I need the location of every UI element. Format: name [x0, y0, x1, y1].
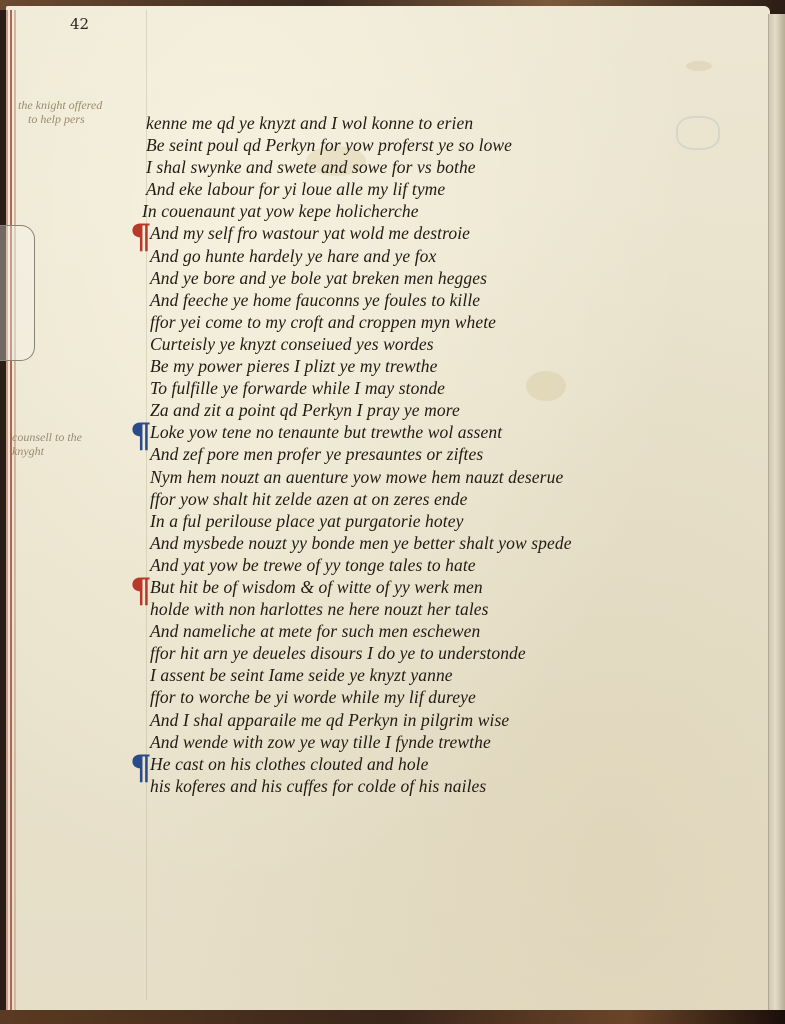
gutter-binding [6, 10, 18, 1014]
manuscript-line: ffor to worche be yi worde while my lif … [150, 686, 750, 708]
margin-note: counsell to the knyght [12, 430, 82, 458]
manuscript-line: holde with non harlottes ne here nouzt h… [150, 598, 750, 620]
margin-note-line: knyght [12, 444, 82, 458]
stain [686, 61, 712, 71]
page-clip [0, 225, 35, 361]
line-text: I shal swynke and swete and sowe for vs … [146, 157, 476, 177]
manuscript-line: ffor yow shalt hit zelde azen at on zere… [150, 488, 750, 510]
manuscript-line: And nameliche at mete for such men esche… [150, 620, 750, 642]
manuscript-line: ¶Loke yow tene no tenaunte but trewthe w… [150, 421, 750, 443]
line-text: kenne me qd ye knyzt and I wol konne to … [146, 113, 473, 133]
manuscript-line: ffor yei come to my croft and croppen my… [150, 311, 750, 333]
line-text: And zef pore men profer ye presauntes or… [150, 444, 483, 464]
manuscript-line: And yat yow be trewe of yy tonge tales t… [150, 554, 750, 576]
book-bottom-edge [0, 1010, 785, 1024]
manuscript-line: ¶And my self fro wastour yat wold me des… [150, 222, 750, 244]
manuscript-line: ¶He cast on his clothes clouted and hole [150, 753, 750, 775]
line-text: He cast on his clothes clouted and hole [150, 754, 429, 774]
manuscript-line: his koferes and his cuffes for colde of … [150, 775, 750, 797]
manuscript-line: Be my power pieres I plizt ye my trewthe [150, 355, 750, 377]
manuscript-line: Be seint poul qd Perkyn for yow proferst… [146, 134, 750, 156]
line-text: Be my power pieres I plizt ye my trewthe [150, 356, 438, 376]
manuscript-line: And go hunte hardely ye hare and ye fox [150, 245, 750, 267]
manuscript-line: In a ful perilouse place yat purgatorie … [150, 510, 750, 532]
manuscript-line: I assent be seint Iame seide ye knyzt ya… [150, 664, 750, 686]
line-text: ffor to worche be yi worde while my lif … [150, 687, 476, 707]
manuscript-line: And zef pore men profer ye presauntes or… [150, 443, 750, 465]
manuscript-line: ¶But hit be of wisdom & of witte of yy w… [150, 576, 750, 598]
line-text: Nym hem nouzt an auenture yow mowe hem n… [150, 467, 563, 487]
line-text: Za and zit a point qd Perkyn I pray ye m… [150, 400, 460, 420]
decorated-initial: ¶ [130, 574, 152, 608]
line-text: In couenaunt yat yow kepe holicherche [142, 201, 419, 221]
line-text: And my self fro wastour yat wold me dest… [150, 223, 470, 243]
decorated-initial: ¶ [130, 419, 152, 453]
margin-note-line: counsell to the [12, 430, 82, 444]
manuscript-line: In couenaunt yat yow kepe holicherche [142, 200, 750, 222]
manuscript-line: And ye bore and ye bole yat breken men h… [150, 267, 750, 289]
margin-note-line: to help pers [18, 112, 102, 126]
manuscript-line: Nym hem nouzt an auenture yow mowe hem n… [150, 466, 750, 488]
decorated-initial: ¶ [130, 220, 152, 254]
line-text: And feeche ye home fauconns ye foules to… [150, 290, 480, 310]
margin-note-line: the knight offered [18, 98, 102, 112]
line-text: holde with non harlottes ne here nouzt h… [150, 599, 489, 619]
line-text: And eke labour for yi loue alle my lif t… [146, 179, 445, 199]
line-text: In a ful perilouse place yat purgatorie … [150, 511, 463, 531]
manuscript-line: And feeche ye home fauconns ye foules to… [150, 289, 750, 311]
manuscript-line: And I shal apparaile me qd Perkyn in pil… [150, 709, 750, 731]
line-text: And nameliche at mete for such men esche… [150, 621, 480, 641]
manuscript-line: And wende with zow ye way tille I fynde … [150, 731, 750, 753]
line-text: To fulfille ye forwarde while I may ston… [150, 378, 445, 398]
manuscript-line: And eke labour for yi loue alle my lif t… [146, 178, 750, 200]
decorated-initial: ¶ [130, 751, 152, 785]
line-text: And I shal apparaile me qd Perkyn in pil… [150, 710, 509, 730]
line-text: Be seint poul qd Perkyn for yow proferst… [146, 135, 512, 155]
next-page-edge [769, 14, 785, 1014]
manuscript-line: And mysbede nouzt yy bonde men ye better… [150, 532, 750, 554]
line-text: But hit be of wisdom & of witte of yy we… [150, 577, 483, 597]
folio-number: 42 [70, 15, 89, 33]
manuscript-line: To fulfille ye forwarde while I may ston… [150, 377, 750, 399]
manuscript-line: ffor hit arn ye deueles disours I do ye … [150, 642, 750, 664]
text-block: kenne me qd ye knyzt and I wol konne to … [150, 112, 750, 797]
line-text: ffor hit arn ye deueles disours I do ye … [150, 643, 526, 663]
line-text: ffor yow shalt hit zelde azen at on zere… [150, 489, 467, 509]
manuscript-line: I shal swynke and swete and sowe for vs … [146, 156, 750, 178]
line-text: Loke yow tene no tenaunte but trewthe wo… [150, 422, 502, 442]
manuscript-line: kenne me qd ye knyzt and I wol konne to … [146, 112, 750, 134]
line-text: ffor yei come to my croft and croppen my… [150, 312, 496, 332]
line-text: And go hunte hardely ye hare and ye fox [150, 246, 436, 266]
line-text: And yat yow be trewe of yy tonge tales t… [150, 555, 476, 575]
line-text: And ye bore and ye bole yat breken men h… [150, 268, 487, 288]
line-text: And wende with zow ye way tille I fynde … [150, 732, 491, 752]
manuscript-line: Curteisly ye knyzt conseiued yes wordes [150, 333, 750, 355]
line-text: I assent be seint Iame seide ye knyzt ya… [150, 665, 453, 685]
margin-note: the knight offered to help pers [18, 98, 102, 126]
line-text: Curteisly ye knyzt conseiued yes wordes [150, 334, 434, 354]
manuscript-line: Za and zit a point qd Perkyn I pray ye m… [150, 399, 750, 421]
line-text: And mysbede nouzt yy bonde men ye better… [150, 533, 572, 553]
line-text: his koferes and his cuffes for colde of … [150, 776, 486, 796]
